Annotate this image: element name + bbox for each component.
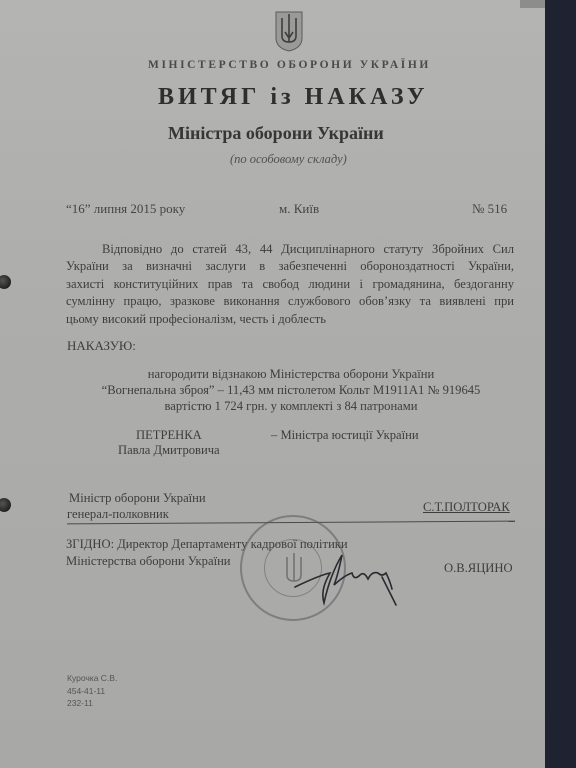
recipient-given-names: Павла Дмитровича	[118, 443, 220, 458]
document-code: 232-11	[67, 698, 93, 708]
document-note: (по особовому складу)	[230, 152, 347, 167]
agreed-name: О.В.ЯЦИНО	[444, 561, 513, 576]
trident-emblem-icon	[274, 8, 304, 52]
award-line: “Вогнепальна зброя” – 11,43 мм пістолето…	[66, 382, 516, 398]
order-label: НАКАЗУЮ:	[67, 338, 136, 354]
order-number: № 516	[472, 201, 507, 217]
preamble-line: Відповідно до статей 43, 44 Дисциплінарн…	[66, 241, 514, 258]
award-line: нагородити відзнакою Міністерства оборон…	[66, 366, 516, 382]
signer-name: С.Т.ПОЛТОРАК	[423, 500, 510, 515]
preamble-line: сумлінну працю, зразкове виконання служб…	[66, 293, 514, 310]
signer-rank: генерал-полковник	[67, 507, 169, 522]
dark-background	[545, 0, 576, 768]
preamble-line: захисті конституційних прав та свобод лю…	[66, 276, 514, 293]
binder-hole-icon	[0, 275, 11, 289]
binder-hole-icon	[0, 498, 11, 512]
ministry-header: МІНІСТЕРСТВО ОБОРОНИ УКРАЇНИ	[148, 59, 431, 71]
preamble-line: цьому високий професіоналізм, честь і до…	[66, 311, 514, 328]
handwritten-signature-icon	[290, 545, 410, 610]
preamble-line: України за визначні заслуги в забезпечен…	[66, 258, 514, 275]
document-subtitle: Міністра оборони України	[168, 123, 384, 144]
signer-title: Міністр оборони України	[69, 491, 206, 506]
recipient-position: – Міністра юстиції України	[271, 428, 419, 443]
recipient-surname: ПЕТРЕНКА	[136, 428, 202, 443]
order-city: м. Київ	[279, 201, 319, 217]
order-date: “16” липня 2015 року	[66, 201, 185, 217]
executor-phone: 454-41-11	[67, 686, 105, 696]
document-title: ВИТЯГ із НАКАЗУ	[158, 84, 429, 111]
award-line: вартістю 1 724 грн. у комплекті з 84 пат…	[66, 398, 516, 414]
document-page: МІНІСТЕРСТВО ОБОРОНИ УКРАЇНИ ВИТЯГ із НА…	[0, 0, 545, 768]
executor-name: Курочка С.В.	[67, 673, 117, 683]
award-text: нагородити відзнакою Міністерства оборон…	[66, 366, 516, 414]
agreed-ministry: Міністерства оборони України	[66, 554, 231, 569]
preamble-paragraph: Відповідно до статей 43, 44 Дисциплінарн…	[66, 241, 514, 328]
